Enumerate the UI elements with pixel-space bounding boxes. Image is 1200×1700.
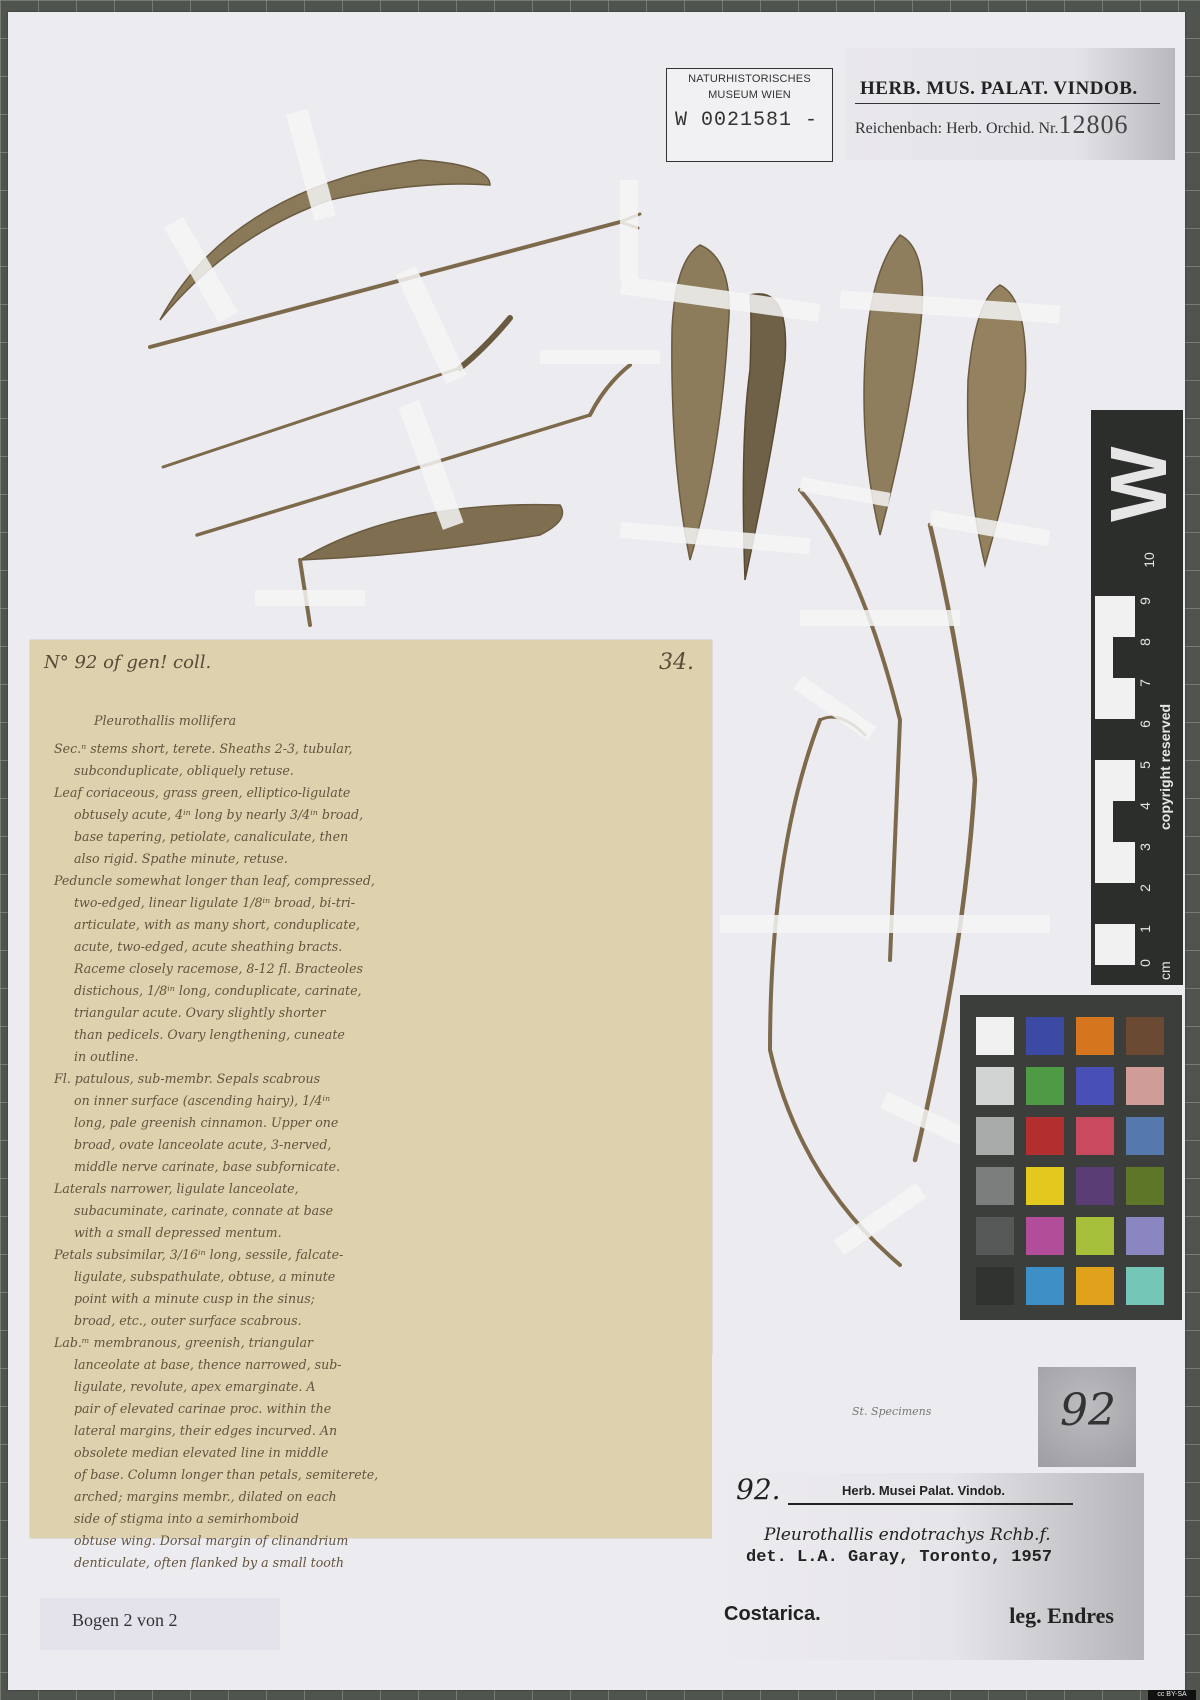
tick-label: 0 [1137,959,1153,967]
museum-name-line2: MUSEUM WIEN [667,89,832,101]
unit-label: cm [1157,961,1173,980]
color-swatch [1026,1117,1064,1155]
notes-line: of base. Column longer than petals, semi… [54,1464,692,1486]
color-swatch [1126,1217,1164,1255]
tick-label: 9 [1137,597,1153,605]
notes-line: Laterals narrower, ligulate lanceolate, [54,1178,692,1200]
notes-line: lanceolate at base, thence narrowed, sub… [54,1354,692,1376]
notes-taxon: Pleurothallis mollifera [54,710,692,732]
color-swatch [1126,1067,1164,1105]
notes-line: subconduplicate, obliquely retuse. [54,760,692,782]
collection-line: Reichenbach: Herb. Orchid. Nr.12806 [855,110,1128,140]
notes-line: subacuminate, carinate, connate at base [54,1200,692,1222]
notes-line: Lab.ᵐ membranous, greenish, triangular [54,1332,692,1354]
notes-line: obsolete median elevated line in middle [54,1442,692,1464]
notes-line: Petals subsimilar, 3/16ⁱⁿ long, sessile,… [54,1244,692,1266]
herbarium-label: HERB. MUS. PALAT. VINDOB. Reichenbach: H… [845,48,1175,160]
notes-line: distichous, 1/8ⁱⁿ long, conduplicate, ca… [54,980,692,1002]
copyright-text: copyright reserved [1157,704,1173,830]
color-swatch [1076,1217,1114,1255]
notes-line: triangular acute. Ovary slightly shorter [54,1002,692,1024]
notes-line: broad, ovate lanceolate acute, 3-nerved, [54,1134,692,1156]
license-badge: cc BY-SA [1148,1690,1196,1700]
color-swatch [1026,1067,1064,1105]
color-swatch [976,1117,1014,1155]
color-swatch [1026,1217,1064,1255]
color-swatch [1076,1167,1114,1205]
notes-header: N° 92 of gen! coll. [44,652,211,673]
tick-label: 6 [1137,720,1153,728]
tick-label: 7 [1137,679,1153,687]
label-lower: 92. Herb. Musei Palat. Vindob. Pleurotha… [712,1473,1144,1660]
color-checker [960,995,1182,1320]
tick-label: 1 [1137,925,1153,933]
notes-line: ligulate, subspathulate, obtuse, a minut… [54,1266,692,1288]
label-rule [788,1503,1073,1505]
scale-bar: W 10 9 8 7 6 5 4 3 2 1 0 copyright reser… [1091,410,1183,985]
tick-label: 5 [1137,761,1153,769]
notes-line: two-edged, linear ligulate 1/8ⁱⁿ broad, … [54,892,692,914]
notes-line: also rigid. Spathe minute, retuse. [54,848,692,870]
notes-line: obtusely acute, 4ⁱⁿ long by nearly 3/4ⁱⁿ… [54,804,692,826]
color-swatch [1126,1267,1164,1305]
determination-label: St. Specimens 92 92. Herb. Musei Palat. … [712,1355,1144,1660]
museum-name-line1: NATURHISTORISCHES [667,73,832,85]
color-swatch [1076,1117,1114,1155]
institution-name: Herb. Musei Palat. Vindob. [842,1483,1005,1498]
notes-line: with a small depressed mentum. [54,1222,692,1244]
label-rule [855,103,1160,104]
tick-label: 10 [1141,552,1157,568]
color-swatch [976,1267,1014,1305]
notes-line: Sec.ⁿ stems short, terete. Sheaths 2-3, … [54,738,692,760]
tick-label: 8 [1137,638,1153,646]
color-swatch [1076,1067,1114,1105]
notes-line: long, pale greenish cinnamon. Upper one [54,1112,692,1134]
tick-label: 4 [1137,802,1153,810]
notes-line: base tapering, petiolate, canaliculate, … [54,826,692,848]
color-swatch [1126,1017,1164,1055]
notes-line: Leaf coriaceous, grass green, elliptico-… [54,782,692,804]
tick-label: 2 [1137,884,1153,892]
notes-line: on inner surface (ascending hairy), 1/4ⁱ… [54,1090,692,1112]
notes-body: Pleurothallis mollifera Sec.ⁿ stems shor… [54,710,692,1574]
institution-logo: W [1095,466,1183,522]
color-swatch [976,1167,1014,1205]
notes-page-number: 34. [659,650,694,675]
color-swatch [976,1217,1014,1255]
notes-line: middle nerve carinate, base subfornicate… [54,1156,692,1178]
notes-line: pair of elevated carinae proc. within th… [54,1398,692,1420]
determiner: det. L.A. Garay, Toronto, 1957 [746,1548,1052,1567]
color-swatch [976,1067,1014,1105]
color-swatch [1026,1017,1064,1055]
notes-line: Peduncle somewhat longer than leaf, comp… [54,870,692,892]
notes-line: acute, two-edged, acute sheathing bracts… [54,936,692,958]
taxon-name: Pleurothallis endotrachys Rchb.f. [764,1525,1051,1545]
notes-line: than pedicels. Ovary lengthening, cuneat… [54,1024,692,1046]
color-swatch [1026,1167,1064,1205]
barcode-number: W 0021581 - [675,109,832,132]
color-swatch [1126,1117,1164,1155]
notes-line: obtuse wing. Dorsal margin of clinandriu… [54,1530,692,1552]
notes-line: broad, etc., outer surface scabrous. [54,1310,692,1332]
notes-line: arched; margins membr., dilated on each [54,1486,692,1508]
herbarium-title: HERB. MUS. PALAT. VINDOB. [860,78,1138,100]
tick-label: 3 [1137,843,1153,851]
collection-name: Reichenbach: Herb. Orchid. Nr. [855,120,1058,137]
sheet-number-text: Bogen 2 von 2 [72,1610,178,1631]
color-swatch [1026,1267,1064,1305]
number-stamp: 92 [1038,1367,1136,1467]
stamp-number: 92 [1060,1385,1116,1436]
notes-line: in outline. [54,1046,692,1068]
notes-line: denticulate, often flanked by a small to… [54,1552,692,1574]
sheet-number-label: Bogen 2 von 2 [40,1598,280,1650]
faint-annotation: St. Specimens [852,1405,931,1418]
notes-line: ligulate, revolute, apex emarginate. A [54,1376,692,1398]
ruler [1095,555,1135,965]
collector: leg. Endres [1009,1603,1114,1629]
museum-barcode-label: NATURHISTORISCHES MUSEUM WIEN W 0021581 … [666,68,833,162]
notes-line: Raceme closely racemose, 8-12 fl. Bracte… [54,958,692,980]
specimen-number: 92. [736,1473,781,1506]
notes-line: lateral margins, their edges incurved. A… [54,1420,692,1442]
color-swatch [976,1017,1014,1055]
handwritten-field-notes: N° 92 of gen! coll. 34. Pleurothallis mo… [30,640,712,1538]
color-swatch [1126,1167,1164,1205]
color-swatch [1076,1267,1114,1305]
notes-line: articulate, with as many short, condupli… [54,914,692,936]
notes-line: point with a minute cusp in the sinus; [54,1288,692,1310]
notes-line: Fl. patulous, sub-membr. Sepals scabrous [54,1068,692,1090]
color-swatch [1076,1017,1114,1055]
collection-number: 12806 [1058,110,1128,139]
locality: Costarica. [724,1603,821,1626]
notes-line: side of stigma into a semirhomboid [54,1508,692,1530]
